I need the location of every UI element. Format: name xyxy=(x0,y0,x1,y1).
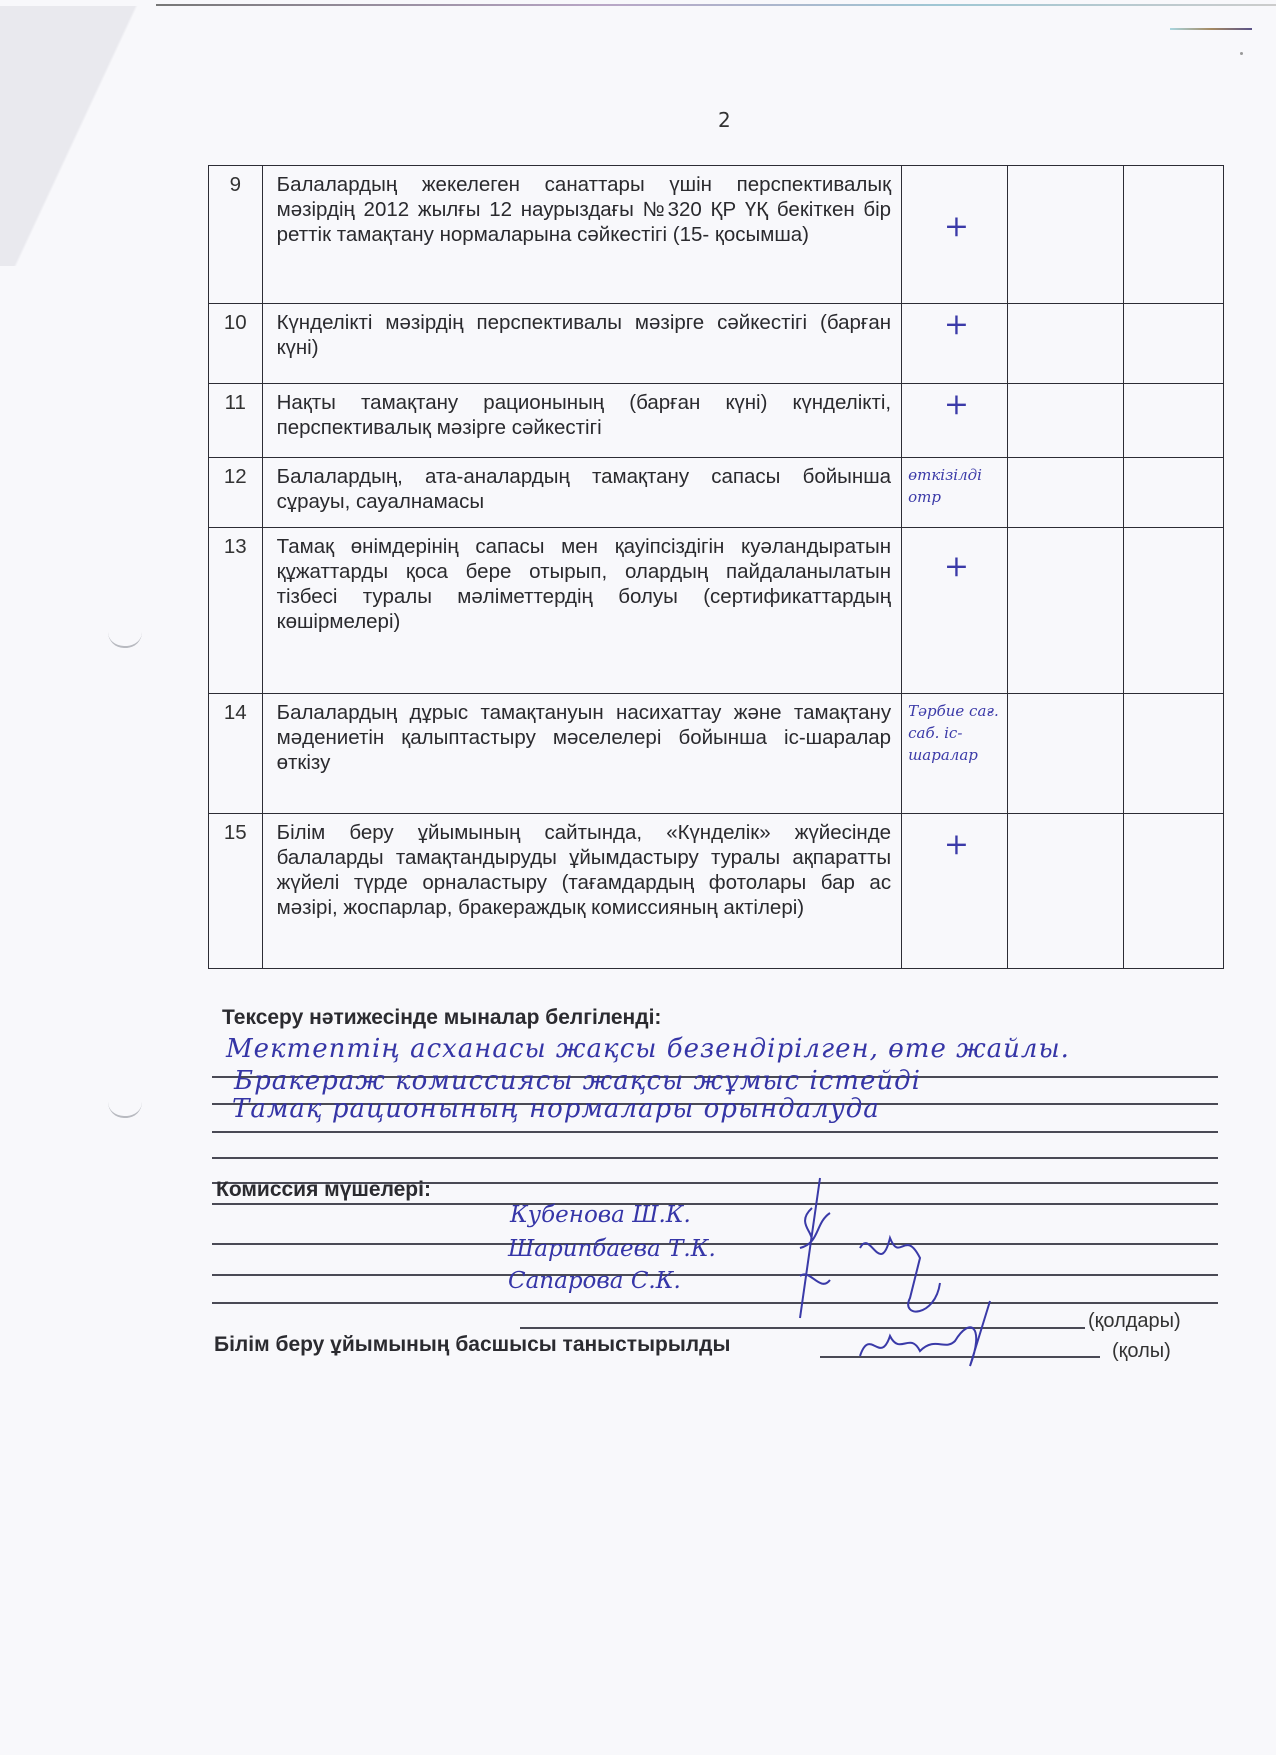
punch-hole xyxy=(108,1102,142,1118)
criteria-row: 14Балалардың дұрыс тамақтануын насихатта… xyxy=(209,694,1224,814)
handwritten-note: өткізілді отр xyxy=(908,464,1005,508)
empty-cell xyxy=(1007,304,1124,384)
commission-member: Шарипбаева Т.К. xyxy=(508,1236,716,1262)
row-number: 11 xyxy=(209,384,263,458)
head-signature xyxy=(850,1296,1000,1376)
row-number: 9 xyxy=(209,166,263,304)
head-signature-caption: (қолы) xyxy=(1112,1340,1171,1363)
criterion-text: Балалардың дұрыс тамақтануын насихаттау … xyxy=(262,694,901,814)
empty-cell xyxy=(1007,458,1124,528)
head-acknowledged-label: Білім беру ұйымының басшысы таныстырылды xyxy=(214,1333,730,1357)
row-number: 12 xyxy=(209,458,263,528)
mark-cell: + xyxy=(902,528,1008,694)
criterion-text: Балалардың, ата-аналардың тамақтану сапа… xyxy=(262,458,901,528)
mark-cell: + xyxy=(902,304,1008,384)
empty-cell xyxy=(1124,814,1224,969)
criteria-row: 11Нақты тамақтану рационының (барған күн… xyxy=(209,384,1224,458)
empty-cell xyxy=(1124,528,1224,694)
scan-edge xyxy=(156,4,1276,6)
criteria-table: 9Балалардың жекелеген санаттары үшін пер… xyxy=(208,165,1224,969)
criterion-text: Білім беру ұйымының сайтында, «Күнделік»… xyxy=(262,814,901,969)
criteria-row: 13Тамақ өнімдерінің сапасы мен қауіпсізд… xyxy=(209,528,1224,694)
empty-cell xyxy=(1124,166,1224,304)
finding-line: Бракераж комиссиясы жақсы жұмыс істейді xyxy=(234,1066,921,1096)
checkmark-plus-icon: + xyxy=(908,834,1005,856)
checkmark-plus-icon: + xyxy=(908,314,1005,336)
scan-edge xyxy=(1170,28,1252,30)
mark-cell: + xyxy=(902,166,1008,304)
checkmark-plus-icon: + xyxy=(908,556,1005,578)
row-number: 14 xyxy=(209,694,263,814)
folded-corner xyxy=(0,6,160,266)
criterion-text: Балалардың жекелеген санаттары үшін перс… xyxy=(262,166,901,304)
scanned-page: 2 9Балалардың жекелеген санаттары үшін п… xyxy=(0,0,1276,1755)
empty-cell xyxy=(1124,458,1224,528)
scan-speck xyxy=(1240,52,1243,55)
row-number: 13 xyxy=(209,528,263,694)
page-number: 2 xyxy=(718,108,731,132)
empty-cell xyxy=(1124,304,1224,384)
empty-cell xyxy=(1007,166,1124,304)
mark-cell: + xyxy=(902,384,1008,458)
criteria-row: 12Балалардың, ата-аналардың тамақтану са… xyxy=(209,458,1224,528)
empty-cell xyxy=(1007,814,1124,969)
writing-line xyxy=(212,1157,1218,1159)
commission-member: Сапарова С.К. xyxy=(508,1268,681,1294)
punch-hole xyxy=(108,632,142,648)
commission-member: Кубенова Ш.К. xyxy=(510,1202,691,1228)
empty-cell xyxy=(1007,528,1124,694)
criterion-text: Күнделікті мәзірдің перспективалы мәзірг… xyxy=(262,304,901,384)
checkmark-plus-icon: + xyxy=(908,216,1005,238)
writing-line xyxy=(212,1302,1218,1304)
findings-title: Тексеру нәтижесінде мыналар белгіленді: xyxy=(222,1006,661,1030)
criteria-row: 10Күнделікті мәзірдің перспективалы мәзі… xyxy=(209,304,1224,384)
criteria-row: 9Балалардың жекелеген санаттары үшін пер… xyxy=(209,166,1224,304)
row-number: 15 xyxy=(209,814,263,969)
criteria-row: 15Білім беру ұйымының сайтында, «Күнделі… xyxy=(209,814,1224,969)
row-number: 10 xyxy=(209,304,263,384)
signature-line xyxy=(520,1327,1085,1329)
empty-cell xyxy=(1007,384,1124,458)
mark-cell: + xyxy=(902,814,1008,969)
empty-cell xyxy=(1007,694,1124,814)
finding-line: Мектептің асханасы жақсы безендірілген, … xyxy=(226,1034,1070,1064)
empty-cell xyxy=(1124,694,1224,814)
mark-cell: Тәрбие сағ. саб. іс-шаралар xyxy=(902,694,1008,814)
commission-label: Комиссия мүшелері: xyxy=(216,1178,431,1202)
signatures-caption: (қолдары) xyxy=(1088,1310,1181,1333)
writing-line xyxy=(212,1274,1218,1276)
criterion-text: Тамақ өнімдерінің сапасы мен қауіпсіздіг… xyxy=(262,528,901,694)
criterion-text: Нақты тамақтану рационының (барған күні)… xyxy=(262,384,901,458)
writing-line xyxy=(212,1203,1218,1205)
writing-line xyxy=(212,1131,1218,1133)
handwritten-note: Тәрбие сағ. саб. іс-шаралар xyxy=(908,700,1005,766)
empty-cell xyxy=(1124,384,1224,458)
mark-cell: өткізілді отр xyxy=(902,458,1008,528)
checkmark-plus-icon: + xyxy=(908,394,1005,416)
finding-line: Тамақ рационының нормалары орындалуда xyxy=(232,1094,880,1124)
